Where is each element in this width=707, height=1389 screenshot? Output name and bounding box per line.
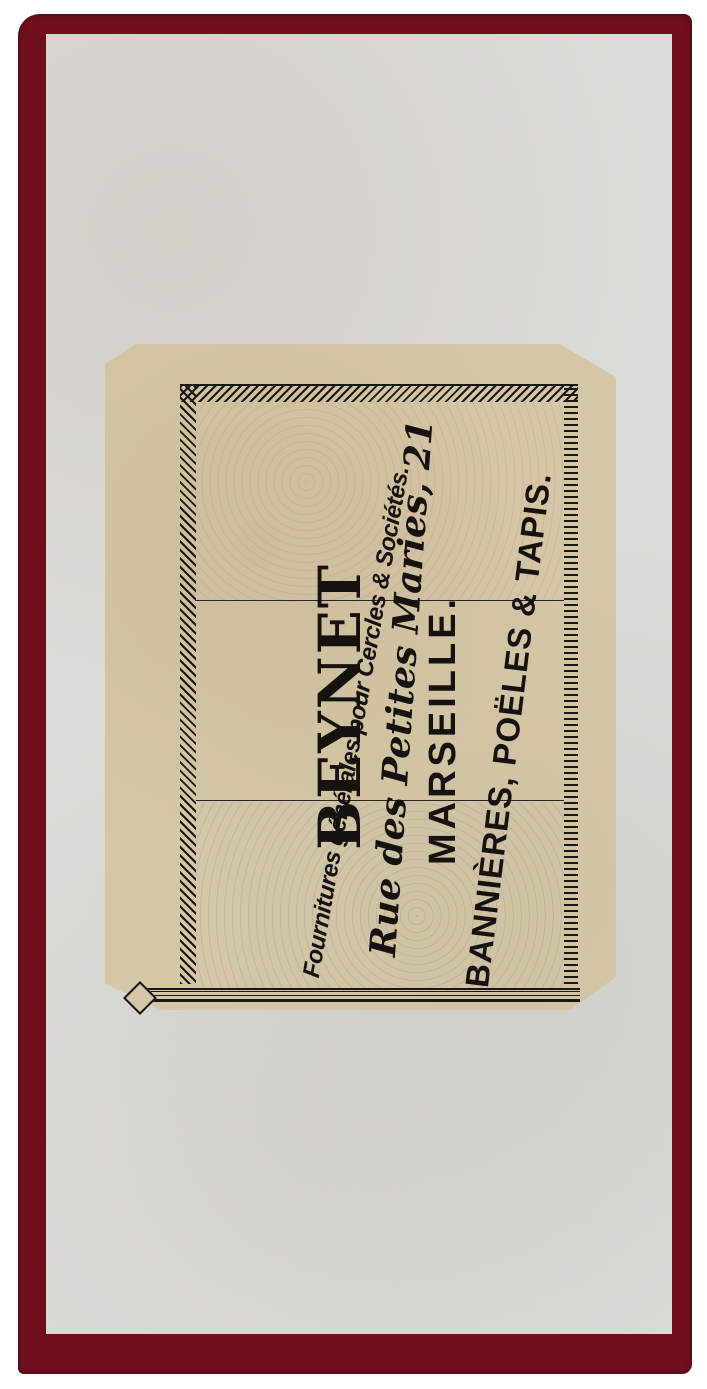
label-merchant-name: BEYNET bbox=[306, 563, 374, 850]
hatched-border-left bbox=[180, 384, 196, 984]
flagpole bbox=[140, 988, 580, 1002]
hatched-border-right bbox=[564, 384, 578, 984]
hatched-border-top bbox=[180, 384, 578, 402]
label-city: MARSEILLE. bbox=[422, 595, 465, 865]
